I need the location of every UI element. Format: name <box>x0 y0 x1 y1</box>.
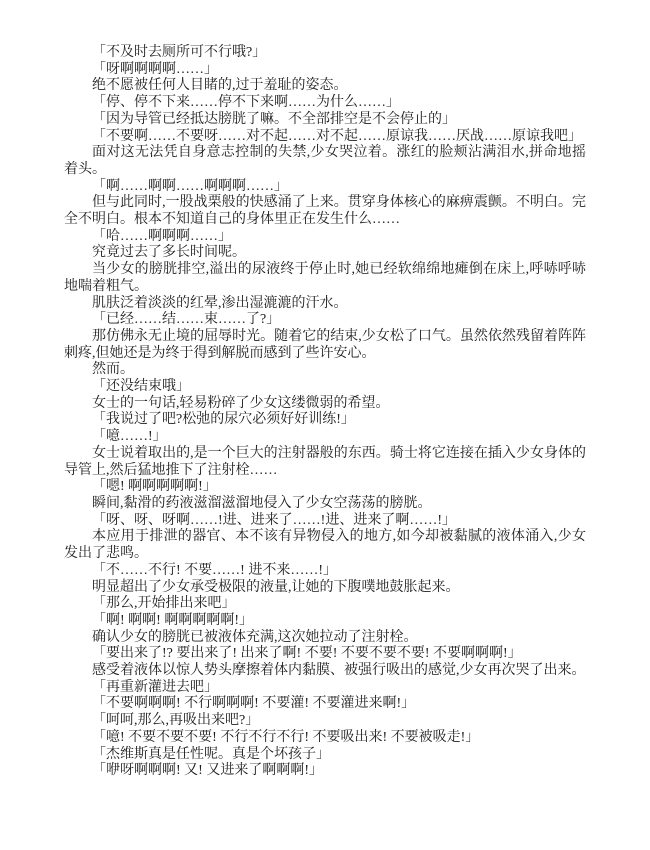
paragraph: 「不要啊……不要呀……对不起……对不起……原谅我……厌战……原谅我吧」 <box>64 129 586 146</box>
paragraph: 瞬间,黏滑的药液滋溜滋溜地侵入了少女空荡荡的膀胱。 <box>64 496 586 513</box>
paragraph: 「因为导管已经抵达膀胱了嘛。不全部排空是不会停止的」 <box>64 112 586 129</box>
paragraph: 「我说过了吧?松弛的尿穴必须好好训练!」 <box>64 412 586 429</box>
paragraph: 绝不愿被任何人目睹的,过于羞耻的姿态。 <box>64 78 586 95</box>
paragraph: 本应用于排泄的器官、本不该有异物侵入的地方,如今却被黏腻的液体涌入,少女发出了悲… <box>64 529 586 562</box>
paragraph: 「不要啊啊啊! 不行啊啊啊! 不要灌! 不要灌进来啊!」 <box>64 696 586 713</box>
paragraph: 「不及时去厕所可不行哦?」 <box>64 45 586 62</box>
paragraph: 「杰维斯真是任性呢。真是个坏孩子」 <box>64 747 586 764</box>
paragraph: 感受着液体以惊人势头摩擦着体内黏膜、被强行吸出的感觉,少女再次哭了出来。 <box>64 663 586 680</box>
paragraph: 「呀、呀、呀啊……!进、进来了……!进、进来了啊……!」 <box>64 513 586 530</box>
paragraph: 「不……不行! 不要……! 进不来……!」 <box>64 563 586 580</box>
paragraph: 然而。 <box>64 362 586 379</box>
paragraph: 「已经……结……束……了?」 <box>64 312 586 329</box>
paragraph: 「哈……啊啊啊……」 <box>64 229 586 246</box>
paragraph: 究竟过去了多长时间呢。 <box>64 245 586 262</box>
paragraph: 「噫! 不要不要不要! 不行不行不行! 不要吸出来! 不要被吸走!」 <box>64 730 586 747</box>
paragraph: 女士的一句话,轻易粉碎了少女这缕微弱的希望。 <box>64 396 586 413</box>
paragraph: 肌肤泛着淡淡的红晕,渗出湿漉漉的汗水。 <box>64 296 586 313</box>
paragraph: 「咿呀啊啊啊! 又! 又进来了啊啊啊!」 <box>64 763 586 780</box>
paragraph: 「再重新灌进去吧」 <box>64 680 586 697</box>
paragraph: 「要出来了!? 要出来了! 出来了啊! 不要! 不要不要不要! 不要啊啊啊!」 <box>64 646 586 663</box>
paragraph: 「啊……啊啊……啊啊啊……」 <box>64 179 586 196</box>
paragraph: 「还没结束哦」 <box>64 379 586 396</box>
text-block: 「不及时去厕所可不行哦?」「呀啊啊啊啊……」绝不愿被任何人目睹的,过于羞耻的姿态… <box>64 45 586 780</box>
paragraph: 「停、停不下来……停不下来啊……为什么……」 <box>64 95 586 112</box>
paragraph: 女士说着取出的,是一个巨大的注射器般的东西。骑士将它连接在插入少女身体的导管上,… <box>64 446 586 479</box>
paragraph: 「那么,开始排出来吧」 <box>64 596 586 613</box>
paragraph: 「嗯! 啊啊啊啊啊!」 <box>64 479 586 496</box>
paragraph: 面对这无法凭自身意志控制的失禁,少女哭泣着。涨红的脸颊沾满泪水,拼命地摇着头。 <box>64 145 586 178</box>
paragraph: 明显超出了少女承受极限的液量,让她的下腹噗地鼓胀起来。 <box>64 580 586 597</box>
paragraph: 「呀啊啊啊啊……」 <box>64 62 586 79</box>
paragraph: 但与此同时,一股战栗般的快感涌了上来。贯穿身体核心的麻痹震颤。不明白。完全不明白… <box>64 195 586 228</box>
novel-page: 「不及时去厕所可不行哦?」「呀啊啊啊啊……」绝不愿被任何人目睹的,过于羞耻的姿态… <box>0 0 650 850</box>
paragraph: 「啊! 啊啊! 啊啊啊啊啊!」 <box>64 613 586 630</box>
paragraph: 确认少女的膀胱已被液体充满,这次她拉动了注射栓。 <box>64 630 586 647</box>
paragraph: 那仿佛永无止境的屈辱时光。随着它的结束,少女松了口气。虽然依然残留着阵阵刺疼,但… <box>64 329 586 362</box>
paragraph: 「呵呵,那么,再吸出来吧?」 <box>64 713 586 730</box>
paragraph: 当少女的膀胱排空,溢出的尿液终于停止时,她已经软绵绵地瘫倒在床上,呼哧呼哧地喘着… <box>64 262 586 295</box>
paragraph: 「噫……!」 <box>64 429 586 446</box>
